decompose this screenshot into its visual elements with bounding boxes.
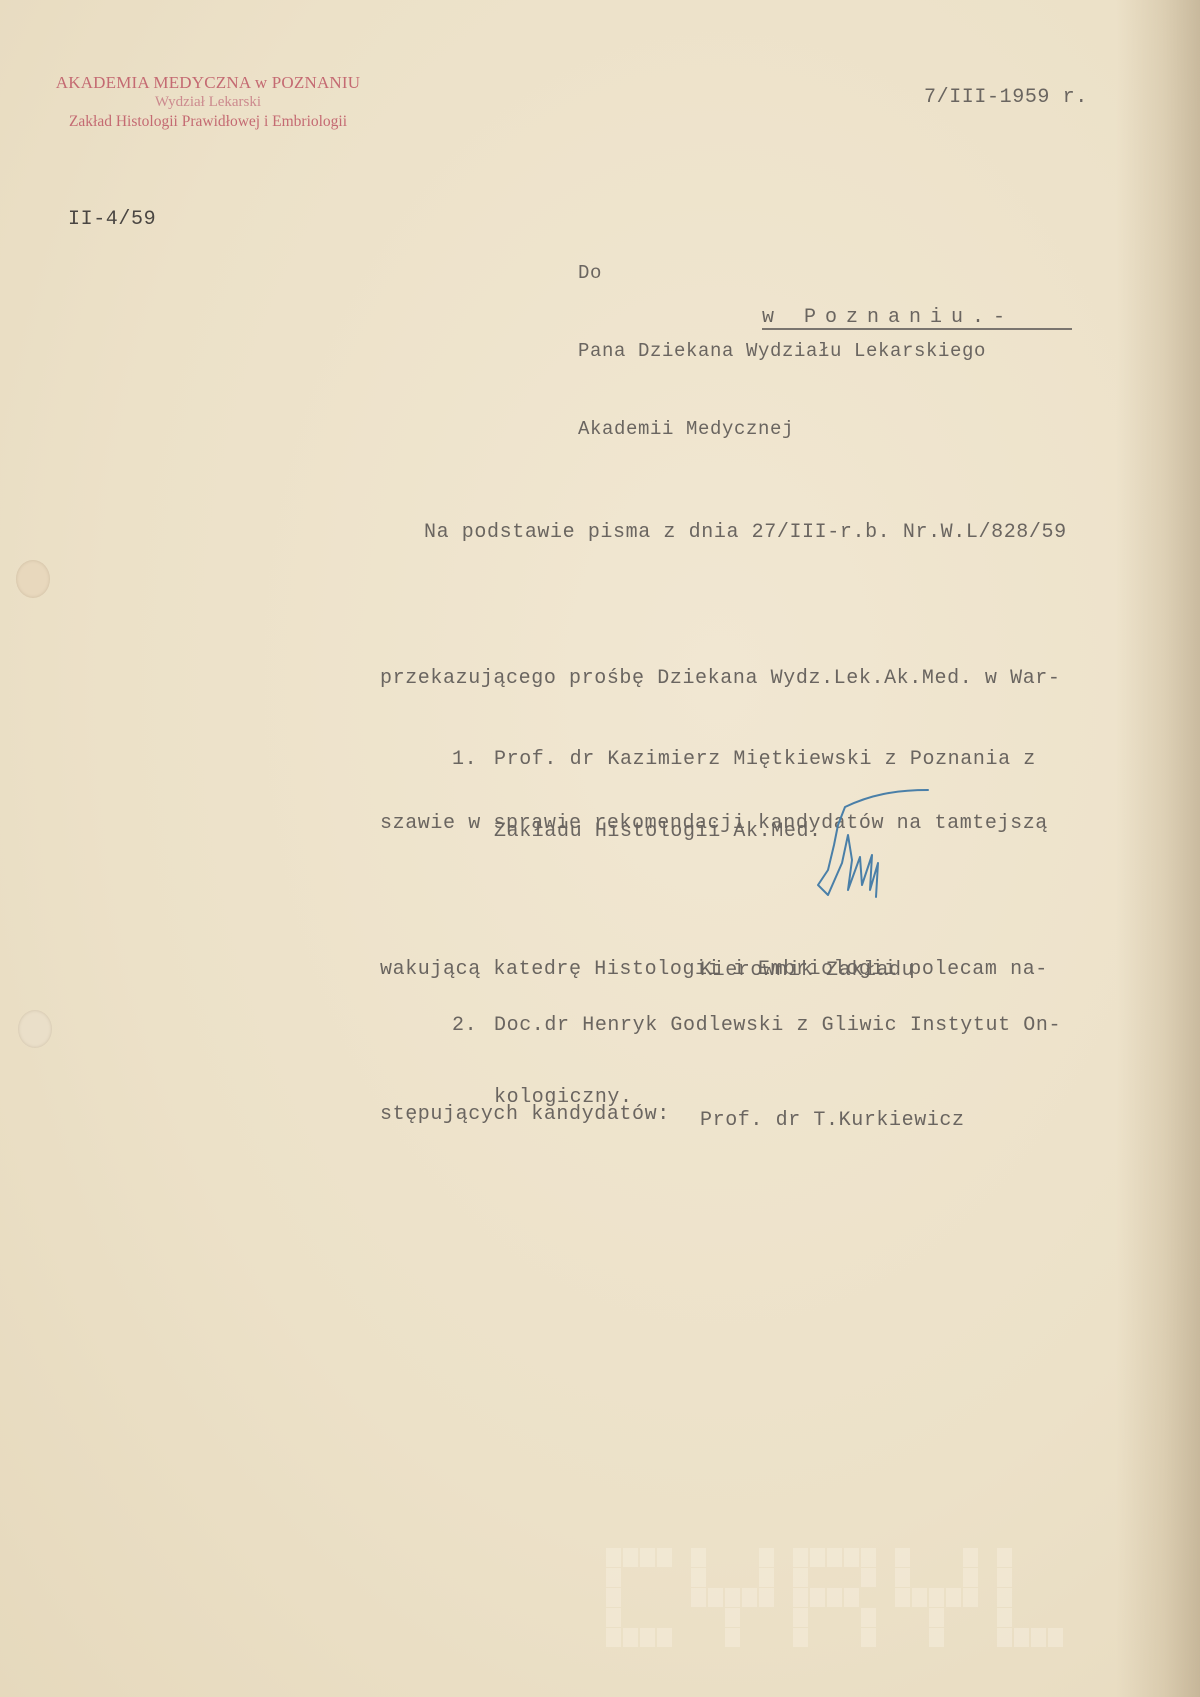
candidate-number: 2. — [452, 1014, 494, 1038]
recipient-city: w Poznaniu.- — [762, 306, 1014, 329]
candidate-line: Prof. dr Kazimierz Miętkiewski z Poznani… — [494, 748, 1036, 771]
handwritten-signature — [800, 785, 940, 905]
stamp-line-1: AKADEMIA MEDYCZNA w POZNANIU — [28, 72, 388, 93]
recipient-line-2: Pana Dziekana Wydziału Lekarskiego — [578, 338, 986, 364]
cyryl-watermark — [606, 1548, 1146, 1652]
punch-hole — [16, 560, 50, 598]
signatory-name: Prof. dr T.Kurkiewicz — [700, 1096, 965, 1146]
letter-date: 7/III-1959 r. — [924, 86, 1088, 109]
candidate-number: 1. — [452, 748, 494, 772]
body-line: Na podstawie pisma z dnia 27/III-r.b. Nr… — [380, 509, 1067, 558]
stamp-line-3: Zakład Histologii Prawidłowej i Embriolo… — [28, 112, 388, 131]
punch-hole — [18, 1010, 52, 1048]
recipient-line-1: Do — [578, 260, 986, 286]
reference-number: II-4/59 — [68, 208, 156, 231]
candidate-line: Zakładu Histologii Ak.Med. — [452, 820, 1061, 844]
institution-stamp: AKADEMIA MEDYCZNA w POZNANIU Wydział Lek… — [28, 72, 388, 131]
city-underline — [762, 328, 1072, 330]
stamp-line-2: Wydział Lekarski — [28, 93, 388, 112]
signatory-title: Kierownik Zakładu — [700, 946, 965, 996]
